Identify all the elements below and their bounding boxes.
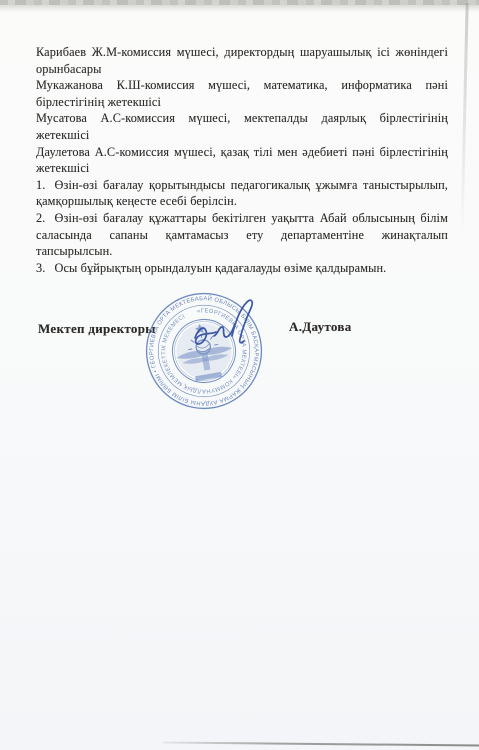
order-item: 2.Өзін-өзі бағалау құжаттары бекітілген … (36, 210, 448, 260)
director-role-label: Мектеп директоры (38, 321, 156, 337)
order-item-text: Осы бұйрықтың орындалуын қадағалауды өзі… (54, 261, 386, 275)
order-item-text: Өзін-өзі бағалау қорытындысы педагогикал… (36, 178, 448, 209)
commission-member-line: Даулетова А.С-комиссия мүшесі, қазақ тіл… (36, 144, 448, 177)
document-body: Карибаев Ж.М-комиссия мүшесі, директорды… (36, 44, 448, 276)
order-item-number: 2. (36, 211, 45, 225)
scan-right-paper-edge (460, 3, 468, 238)
scan-bottom-paper-edge (163, 741, 479, 746)
order-item: 1.Өзін-өзі бағалау қорытындысы педагогик… (36, 177, 448, 210)
order-item-number: 1. (36, 178, 45, 192)
commission-member-line: Карибаев Ж.М-комиссия мүшесі, директорды… (36, 44, 448, 77)
order-item: 3.Осы бұйрықтың орындалуын қадағалауды ө… (36, 260, 448, 277)
scan-top-edge-shadow (0, 5, 479, 12)
document-page: Карибаев Ж.М-комиссия мүшесі, директорды… (0, 0, 479, 750)
order-item-text: Өзін-өзі бағалау құжаттары бекітілген уа… (36, 211, 448, 258)
signature-ink (183, 291, 267, 359)
commission-member-line: Мусатова А.С-комиссия мүшесі, мектепалды… (36, 110, 448, 143)
director-name: А.Даутова (289, 319, 352, 335)
commission-member-line: Мукажанова К.Ш-комиссия мүшесі, математи… (36, 77, 448, 110)
order-item-number: 3. (36, 261, 45, 275)
